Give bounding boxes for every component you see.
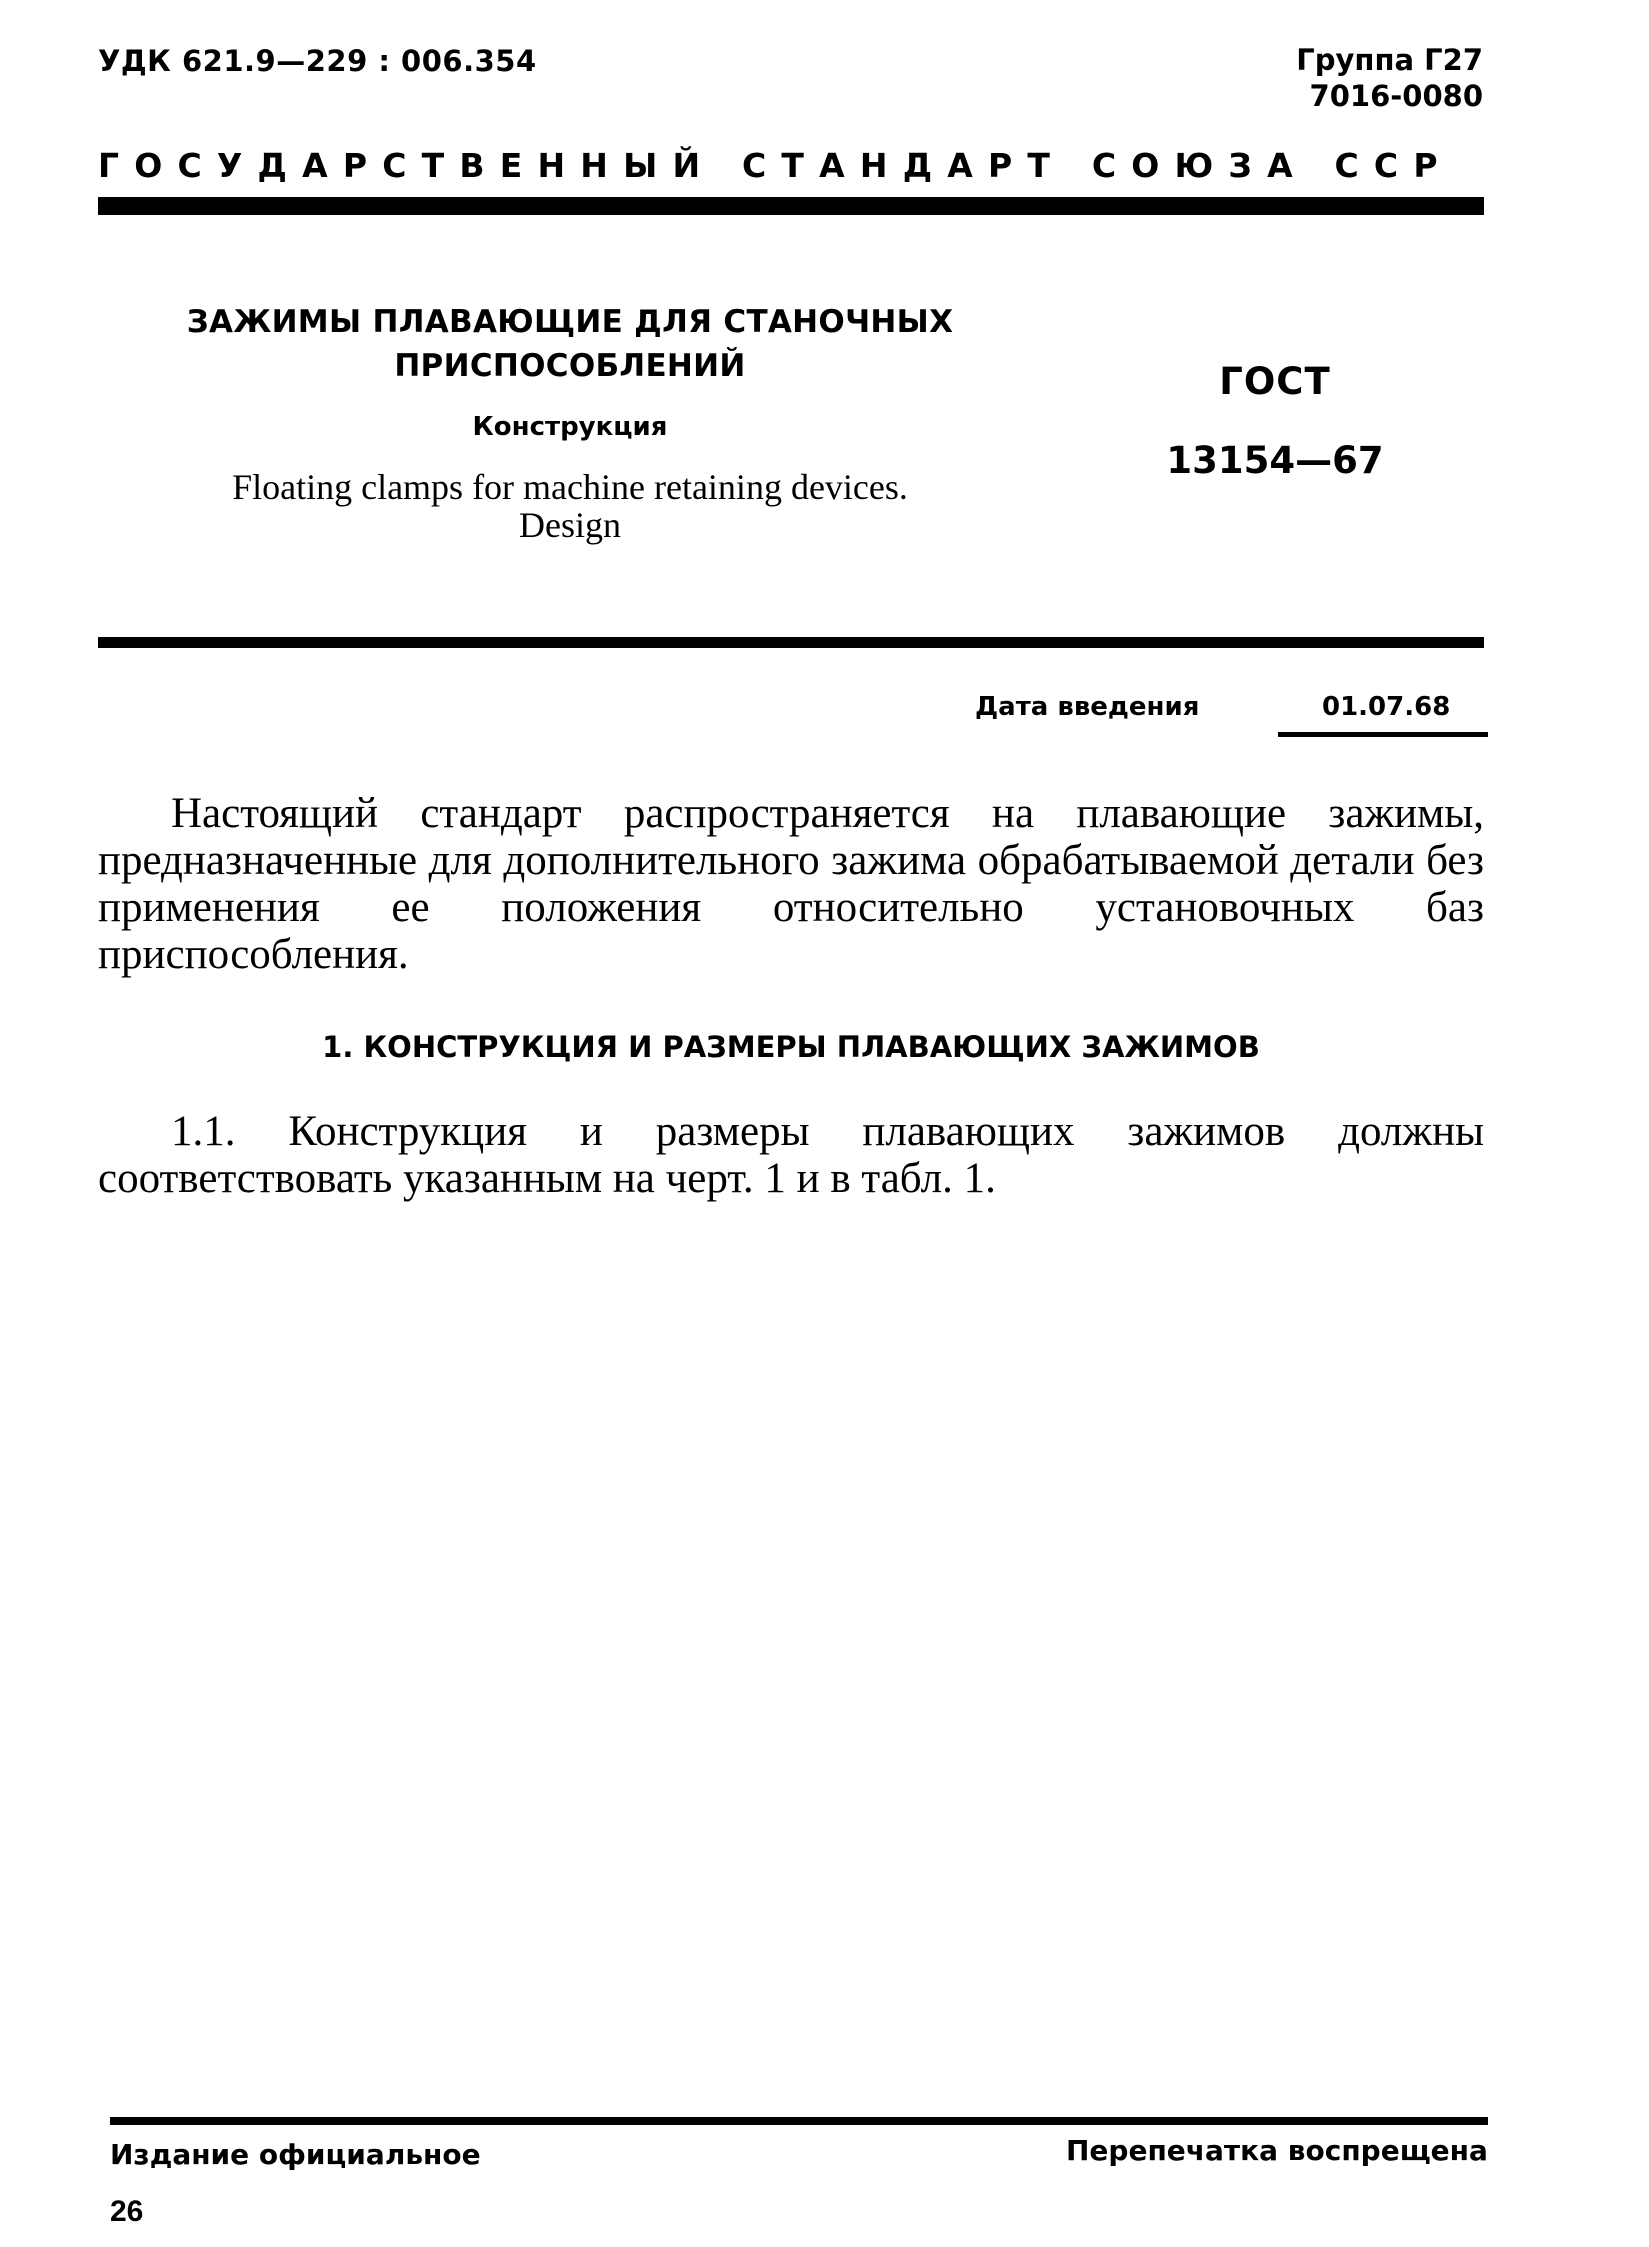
- middle-rule-divider: [98, 637, 1484, 648]
- bottom-rule-divider: [110, 2117, 1488, 2125]
- top-rule-divider: [98, 197, 1484, 215]
- gost-number: 13154—67: [1150, 439, 1400, 482]
- section-heading: 1. КОНСТРУКЦИЯ И РАЗМЕРЫ ПЛАВАЮЩИХ ЗАЖИМ…: [98, 1030, 1484, 1064]
- introduction-date-value: 01.07.68: [1322, 692, 1450, 722]
- clause-1-1: 1.1. Конструкция и размеры плавающих заж…: [98, 1108, 1484, 1202]
- title-en-line-2: Design: [180, 506, 960, 544]
- group-line-1: Группа Г27: [1296, 42, 1483, 78]
- group-line-2: 7016-0080: [1296, 78, 1483, 114]
- date-underline: [1278, 732, 1488, 737]
- intro-paragraph: Настоящий стандарт распространяется на п…: [98, 790, 1484, 978]
- reprint-prohibited-note: Перепечатка воспрещена: [1066, 2134, 1488, 2167]
- document-subtitle-ru: Конструкция: [180, 412, 960, 442]
- page-number: 26: [110, 2195, 143, 2229]
- document-title-ru: ЗАЖИМЫ ПЛАВАЮЩИЕ ДЛЯ СТАНОЧНЫХ ПРИСПОСОБ…: [180, 300, 960, 388]
- title-block: ЗАЖИМЫ ПЛАВАЮЩИЕ ДЛЯ СТАНОЧНЫХ ПРИСПОСОБ…: [180, 300, 960, 544]
- udk-code: УДК 621.9—229 : 006.354: [98, 44, 537, 78]
- official-edition-note: Издание официальное: [110, 2138, 481, 2171]
- gost-label: ГОСТ: [1150, 360, 1400, 403]
- introduction-date-label: Дата введения: [975, 692, 1199, 722]
- document-title-en: Floating clamps for machine retaining de…: [180, 468, 960, 544]
- state-standard-banner: ГОСУДАРСТВЕННЫЙ СТАНДАРТ СОЮЗА ССР: [98, 146, 1484, 185]
- group-code: Группа Г27 7016-0080: [1296, 42, 1483, 114]
- title-en-line-1: Floating clamps for machine retaining de…: [180, 468, 960, 506]
- gost-designation: ГОСТ 13154—67: [1150, 360, 1400, 482]
